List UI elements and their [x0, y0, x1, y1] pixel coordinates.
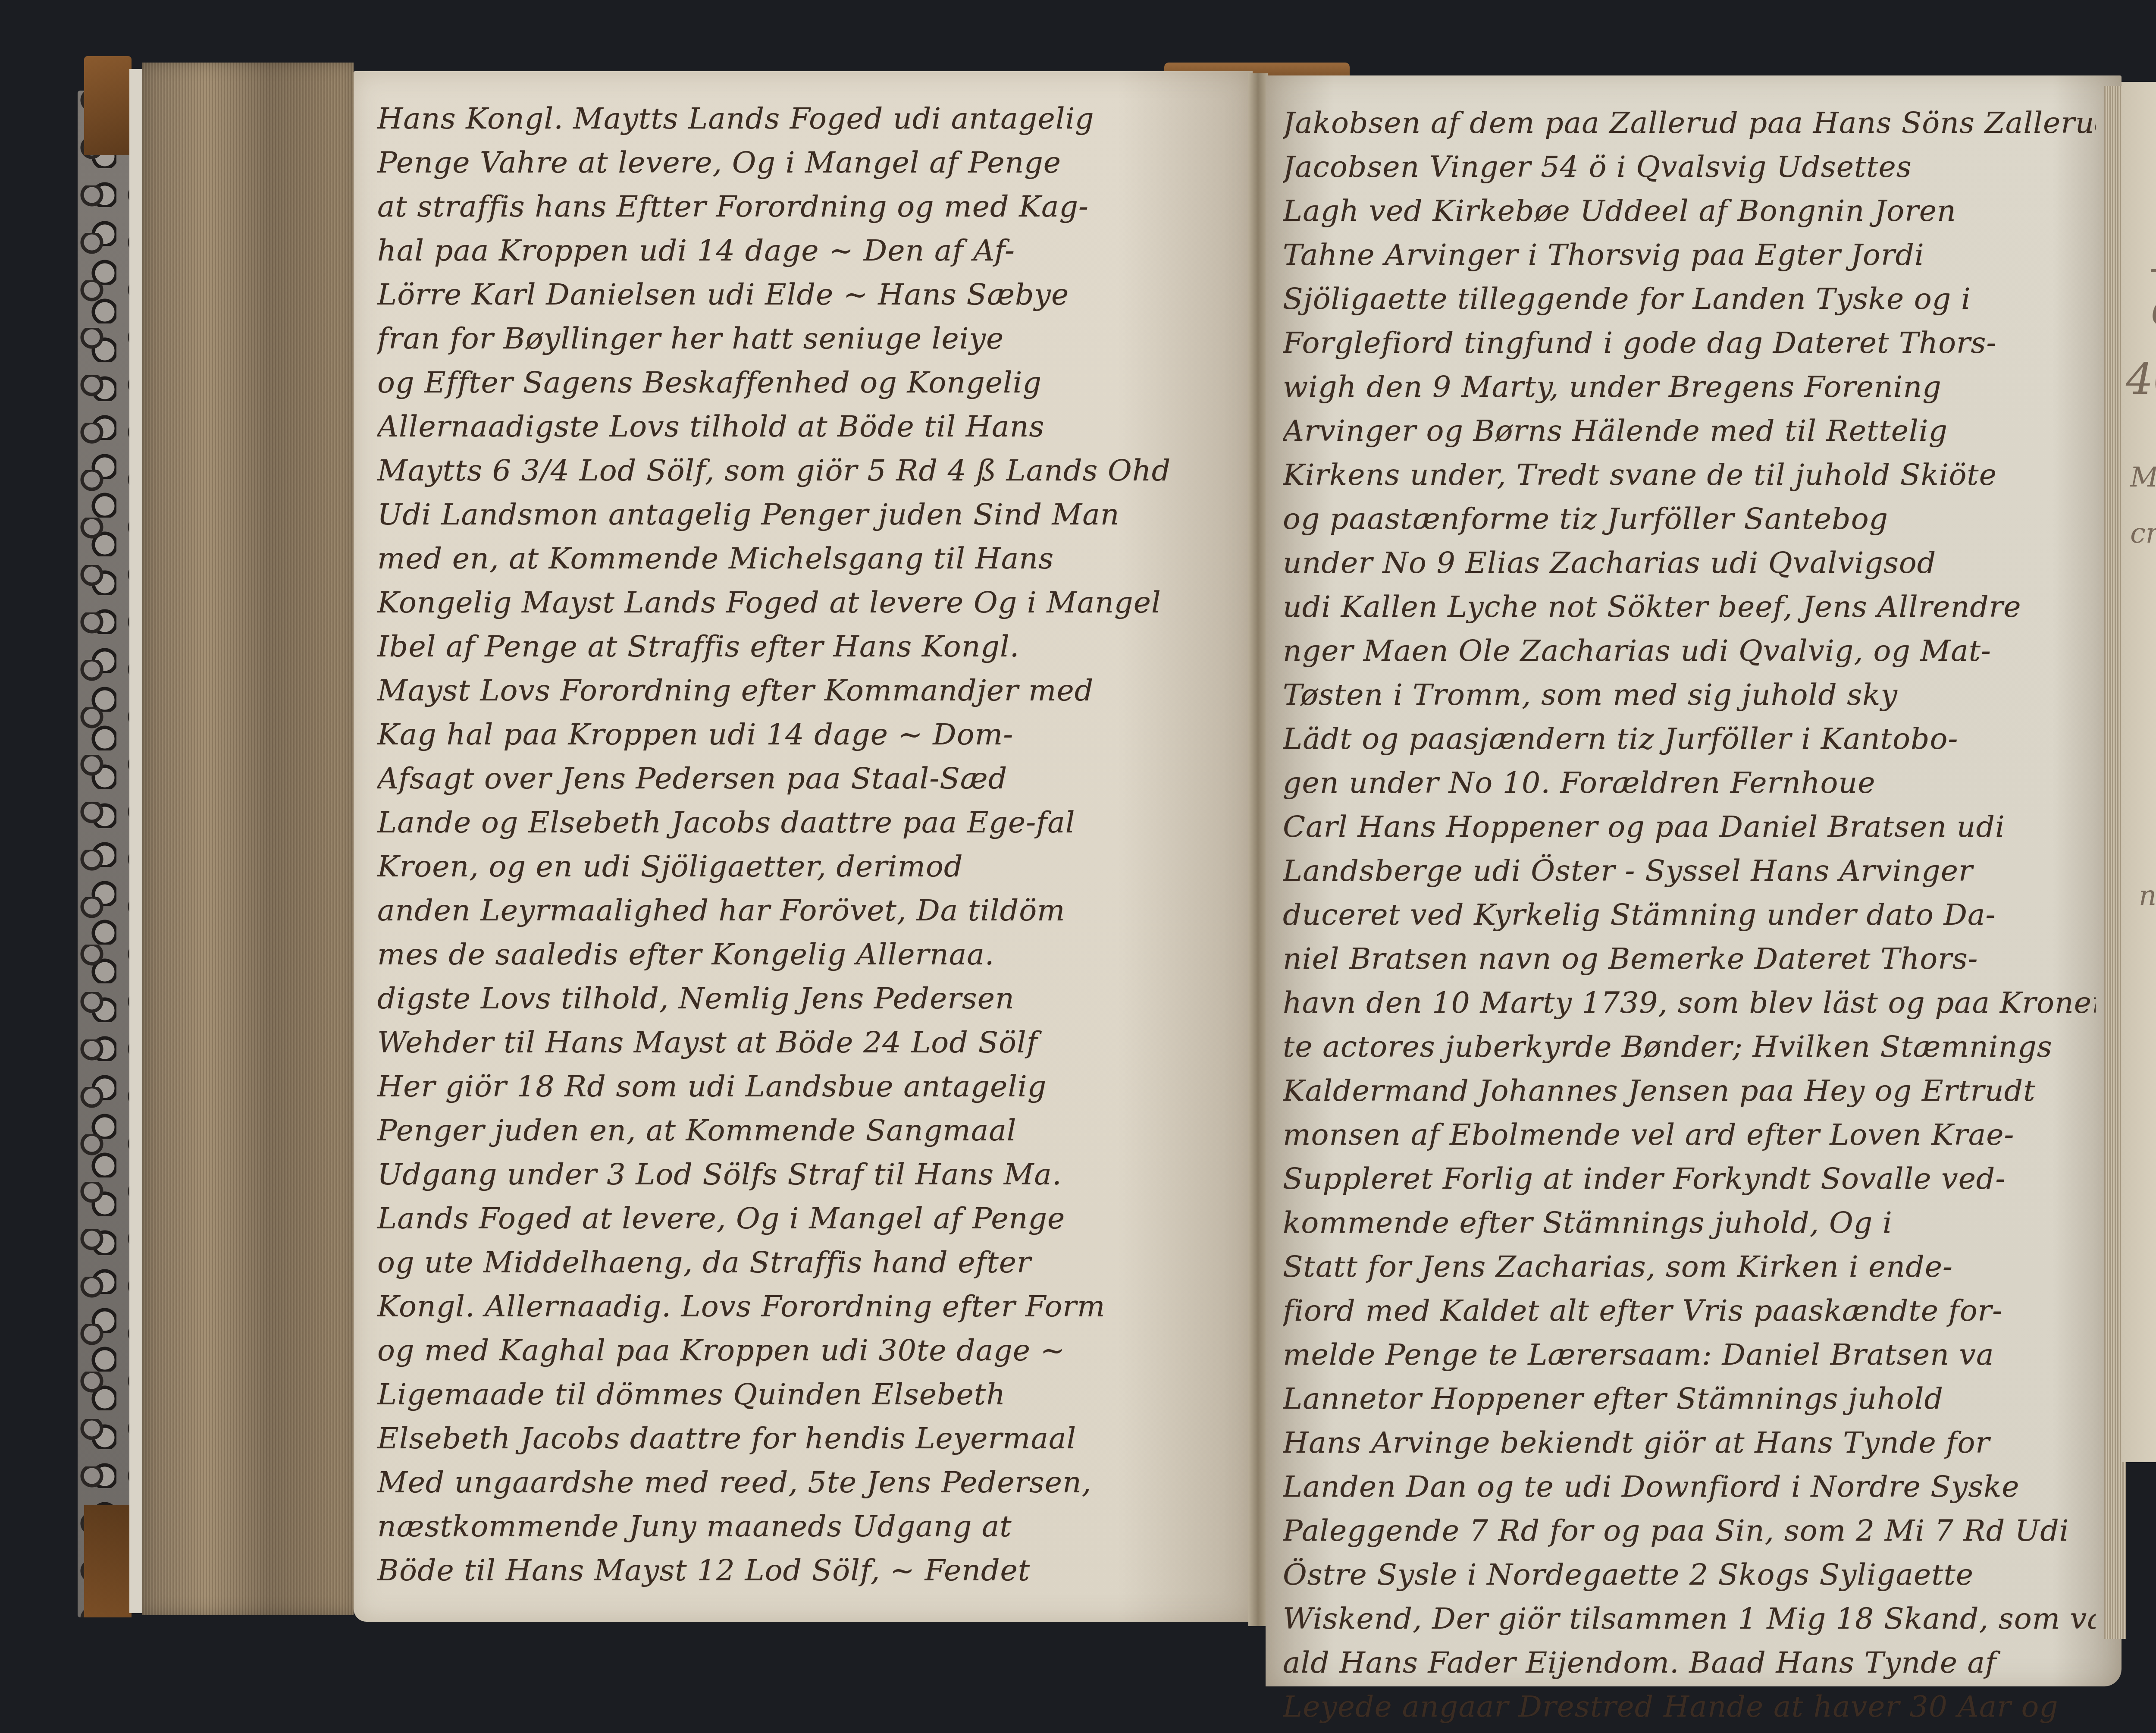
- text-line: Kongl. Allernaadig. Lovs Forordning efte…: [377, 1285, 1235, 1329]
- text-line: Ibel af Penge at Straffis efter Hans Kon…: [377, 625, 1235, 669]
- text-line: Jakobsen af dem paa Zallerud paa Hans Sö…: [1283, 101, 2096, 145]
- text-line: fran for Bøyllinger her hatt seniuge lei…: [377, 317, 1235, 361]
- text-line: og paastænforme tiz Jurföller Santebog: [1283, 497, 2096, 541]
- text-line: Lande og Elsebeth Jacobs daattre paa Ege…: [377, 801, 1235, 845]
- text-line: Hans Kongl. Maytts Lands Foged udi antag…: [377, 97, 1235, 141]
- text-line: Penge Vahre at levere, Og i Mangel af Pe…: [377, 141, 1235, 185]
- left-page-text: Hans Kongl. Maytts Lands Foged udi antag…: [377, 97, 1235, 1593]
- text-line: ald Hans Fader Eijendom. Baad Hans Tynde…: [1283, 1641, 2096, 1685]
- text-line: med en, at Kommende Michelsgang til Hans: [377, 537, 1235, 581]
- text-line: og ute Middelhaeng, da Straffis hand eft…: [377, 1241, 1235, 1285]
- text-line: Tøsten i Tromm, som med sig juhold sky: [1283, 673, 2096, 717]
- right-page: Jakobsen af dem paa Zallerud paa Hans Sö…: [1266, 75, 2122, 1686]
- text-line: Maytts 6 3/4 Lod Sölf, som giör 5 Rd 4 ß…: [377, 449, 1235, 493]
- text-line: Lannetor Hoppener efter Stämnings juhold: [1283, 1377, 2096, 1421]
- text-line: te actores juberkyrde Bønder; Hvilken St…: [1283, 1025, 2096, 1069]
- text-line: Böde til Hans Mayst 12 Lod Sölf, ~ Fende…: [377, 1549, 1235, 1593]
- leaf-fragment: cragh: [2130, 518, 2156, 549]
- leaf-fragment: di: [2152, 280, 2156, 336]
- left-page: Hans Kongl. Maytts Lands Foged udi antag…: [354, 71, 1253, 1622]
- text-line: Leyede angaar Drestred Hande at haver 30…: [1283, 1685, 2096, 1729]
- text-line: Kaldermand Johannes Jensen paa Hey og Er…: [1283, 1069, 2096, 1113]
- text-line: havn den 10 Marty 1739, som blev läst og…: [1283, 981, 2096, 1025]
- leaf-fragment: Da: [2152, 224, 2156, 284]
- text-line: gen under No 10. Forældren Fernhoue: [1283, 761, 2096, 805]
- right-page-text: Jakobsen af dem paa Zallerud paa Hans Sö…: [1283, 101, 2096, 1729]
- text-line: Afsagt over Jens Pedersen paa Staal-Sæd: [377, 757, 1235, 801]
- text-line: og Effter Sagens Beskaffenhed og Kongeli…: [377, 361, 1235, 405]
- leaf-fragment: nup: [2139, 880, 2156, 912]
- text-line: Allernaadigste Lovs tilhold at Böde til …: [377, 405, 1235, 449]
- text-line: Sjöligaette tilleggende for Landen Tyske…: [1283, 277, 2096, 321]
- flyleaf-edge: [129, 69, 142, 1613]
- text-line: anden Leyrmaalighed har Forövet, Da tild…: [377, 889, 1235, 933]
- text-line: Kongelig Mayst Lands Foged at levere Og …: [377, 581, 1235, 625]
- book-scan: Hans Kongl. Maytts Lands Foged udi antag…: [0, 0, 2156, 1733]
- text-line: Östre Sysle i Nordegaette 2 Skogs Syliga…: [1283, 1553, 2096, 1597]
- text-line: under No 9 Elias Zacharias udi Qvalvigso…: [1283, 541, 2096, 585]
- text-line: at straffis hans Eftter Forordning og me…: [377, 185, 1235, 229]
- text-line: digste Lovs tilhold, Nemlig Jens Pederse…: [377, 977, 1235, 1021]
- text-line: Lädt og paasjændern tiz Jurföller i Kant…: [1283, 717, 2096, 761]
- text-line: Arvinger og Børns Hälende med til Rettel…: [1283, 409, 2096, 453]
- text-line: nger Maen Ole Zacharias udi Qvalvig, og …: [1283, 629, 2096, 673]
- text-line: Kroen, og en udi Sjöligaetter, derimod: [377, 845, 1235, 889]
- text-line: Wiskend, Der giör tilsammen 1 Mig 18 Ska…: [1283, 1597, 2096, 1641]
- protruding-leaves: Da di 40. ulsen, Mag cragh ndian omh nin…: [2122, 82, 2156, 1462]
- text-line: kommende efter Stämnings juhold, Og i: [1283, 1201, 2096, 1245]
- text-line: duceret ved Kyrkelig Stämning under dato…: [1283, 893, 2096, 937]
- leather-corner-bottom: [84, 1505, 132, 1617]
- text-line: hal paa Kroppen udi 14 dage ~ Den af Af-: [377, 229, 1235, 273]
- text-line: Penger juden en, at Kommende Sangmaal: [377, 1109, 1235, 1153]
- text-line: Tahne Arvinger i Thorsvig paa Egter Jord…: [1283, 233, 2096, 277]
- text-line: Carl Hans Hoppener og paa Daniel Bratsen…: [1283, 805, 2096, 849]
- text-line: Hans Arvinge bekiendt giör at Hans Tynde…: [1283, 1421, 2096, 1465]
- text-line: Elsebeth Jacobs daattre for hendis Leyer…: [377, 1417, 1235, 1461]
- text-line: Lörre Karl Danielsen udi Elde ~ Hans Sæb…: [377, 273, 1235, 317]
- text-line: Kag hal paa Kroppen udi 14 dage ~ Dom-: [377, 713, 1235, 757]
- text-line: Med ungaardshe med reed, 5te Jens Peders…: [377, 1461, 1235, 1505]
- text-line: Lands Foged at levere, Og i Mangel af Pe…: [377, 1197, 1235, 1241]
- text-line: Ligemaade til dömmes Quinden Elsebeth: [377, 1373, 1235, 1417]
- text-line: Landsberge udi Öster - Syssel Hans Arvin…: [1283, 849, 2096, 893]
- text-line: Paleggende 7 Rd for og paa Sin, som 2 Mi…: [1283, 1509, 2096, 1553]
- leaf-fragment: 40.: [2126, 354, 2156, 404]
- text-line: og med Kaghal paa Kroppen udi 30te dage …: [377, 1329, 1235, 1373]
- text-line: fiord med Kaldet alt efter Vris paaskænd…: [1283, 1289, 2096, 1333]
- text-line: melde Penge te Lærersaam: Daniel Bratsen…: [1283, 1333, 2096, 1377]
- text-line: udi Kallen Lyche not Sökter beef, Jens A…: [1283, 585, 2096, 629]
- page-block-fore-edge: [142, 63, 354, 1615]
- marbled-cover: [78, 91, 129, 1617]
- leaf-fragment: Mag: [2130, 462, 2156, 493]
- text-line: Suppleret Forlig at inder Forkyndt Soval…: [1283, 1157, 2096, 1201]
- text-line: næstkommende Juny maaneds Udgang at: [377, 1505, 1235, 1549]
- text-line: Her giör 18 Rd som udi Landsbue antageli…: [377, 1065, 1235, 1109]
- text-line: wigh den 9 Marty, under Bregens Forening: [1283, 365, 2096, 409]
- text-line: Forglefiord tingfund i gode dag Dateret …: [1283, 321, 2096, 365]
- text-line: mes de saaledis efter Kongelig Allernaa.: [377, 933, 1235, 977]
- text-line: Landen Dan og te udi Downfiord i Nordre …: [1283, 1465, 2096, 1509]
- text-line: Kirkens under, Tredt svane de til juhold…: [1283, 453, 2096, 497]
- text-line: Udi Landsmon antagelig Penger juden Sind…: [377, 493, 1235, 537]
- leather-corner-top: [84, 56, 132, 155]
- text-line: Wehder til Hans Mayst at Böde 24 Lod Söl…: [377, 1021, 1235, 1065]
- text-line: niel Bratsen navn og Bemerke Dateret Tho…: [1283, 937, 2096, 981]
- text-line: Lagh ved Kirkebøe Uddeel af Bongnin Jore…: [1283, 189, 2096, 233]
- text-line: Statt for Jens Zacharias, som Kirken i e…: [1283, 1245, 2096, 1289]
- text-line: Mayst Lovs Forordning efter Kommandjer m…: [377, 669, 1235, 713]
- text-line: monsen af Ebolmende vel ard efter Loven …: [1283, 1113, 2096, 1157]
- book-gutter: [1248, 73, 1268, 1626]
- text-line: Udgang under 3 Lod Sölfs Straf til Hans …: [377, 1153, 1235, 1197]
- text-line: Jacobsen Vinger 54 ö i Qvalsvig Udsettes: [1283, 145, 2096, 189]
